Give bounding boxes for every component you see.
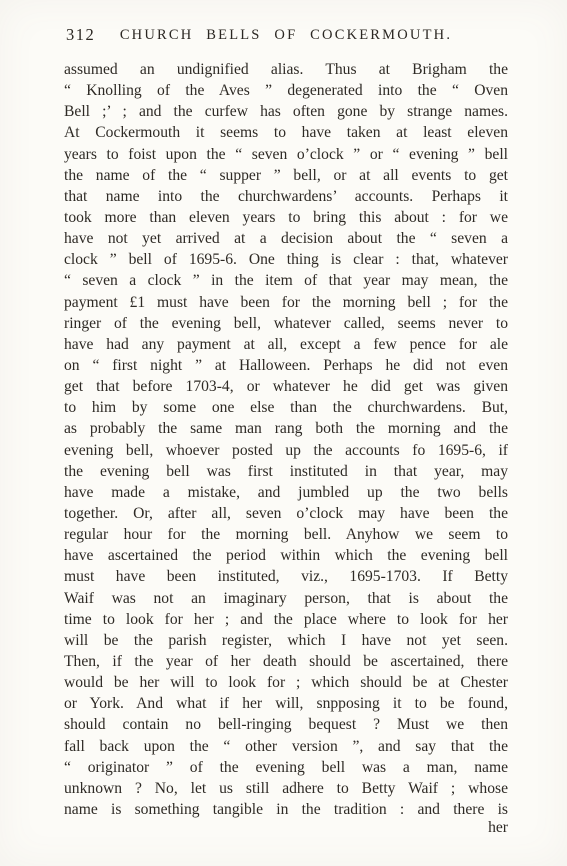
text-line: clock ” bell of 1695-6. One thing is cle…	[64, 249, 508, 270]
text-line: would be her will to look for ; which sh…	[64, 672, 508, 693]
text-line: have not yet arrived at a decision about…	[64, 228, 508, 249]
text-line: have had any payment at all, except a fe…	[64, 334, 508, 355]
text-line: Waif was not an imaginary person, that i…	[64, 588, 508, 609]
text-line: as probably the same man rang both the m…	[64, 418, 508, 439]
text-line: or York. And what if her will, snpposing…	[64, 693, 508, 714]
text-line: on “ first night ” at Halloween. Perhaps…	[64, 355, 508, 376]
text-line: payment £1 must have been for the mornin…	[64, 292, 508, 313]
text-line: assumed an undignified alias. Thus at Br…	[64, 59, 508, 80]
body-text: assumed an undignified alias. Thus at Br…	[64, 59, 508, 820]
text-line: took more than eleven years to bring thi…	[64, 207, 508, 228]
text-line: should contain no bell-ringing bequest ?…	[64, 714, 508, 735]
text-line: the evening bell was first instituted in…	[64, 461, 508, 482]
text-line: the name of the “ supper ” bell, or at a…	[64, 165, 508, 186]
text-line: will be the parish register, which I hav…	[64, 630, 508, 651]
text-line: “ Knolling of the Aves ” degenerated int…	[64, 80, 508, 101]
text-line: Then, if the year of her death should be…	[64, 651, 508, 672]
text-line: to him by some one else than the churchw…	[64, 397, 508, 418]
text-line: Bell ;’ ; and the curfew has often gone …	[64, 101, 508, 122]
catchword: her	[64, 817, 508, 838]
page-header: 312 CHURCH BELLS OF COCKERMOUTH.	[64, 24, 508, 46]
text-line: regular hour for the morning bell. Anyho…	[64, 524, 508, 545]
text-line: that name into the churchwardens’ accoun…	[64, 186, 508, 207]
text-line: have ascertained the period within which…	[64, 545, 508, 566]
text-line: get that before 1703-4, or whatever he d…	[64, 376, 508, 397]
text-line: At Cockermouth it seems to have taken at…	[64, 122, 508, 143]
text-line: evening bell, whoever posted up the acco…	[64, 440, 508, 461]
page-number: 312	[66, 25, 95, 45]
book-page: 312 CHURCH BELLS OF COCKERMOUTH. assumed…	[0, 0, 567, 866]
text-line: ringer of the evening bell, whatever cal…	[64, 313, 508, 334]
text-line: together. Or, after all, seven o’clock m…	[64, 503, 508, 524]
text-line: fall back upon the “ other version ”, an…	[64, 736, 508, 757]
text-line: must have been instituted, viz., 1695-17…	[64, 566, 508, 587]
text-line: “ originator ” of the evening bell was a…	[64, 757, 508, 778]
text-line: have made a mistake, and jumbled up the …	[64, 482, 508, 503]
text-line: time to look for her ; and the place whe…	[64, 609, 508, 630]
text-line: “ seven a clock ” in the item of that ye…	[64, 270, 508, 291]
text-line: years to foist upon the “ seven o’clock …	[64, 144, 508, 165]
text-line: unknown ? No, let us still adhere to Bet…	[64, 778, 508, 799]
running-title: CHURCH BELLS OF COCKERMOUTH.	[64, 24, 508, 44]
